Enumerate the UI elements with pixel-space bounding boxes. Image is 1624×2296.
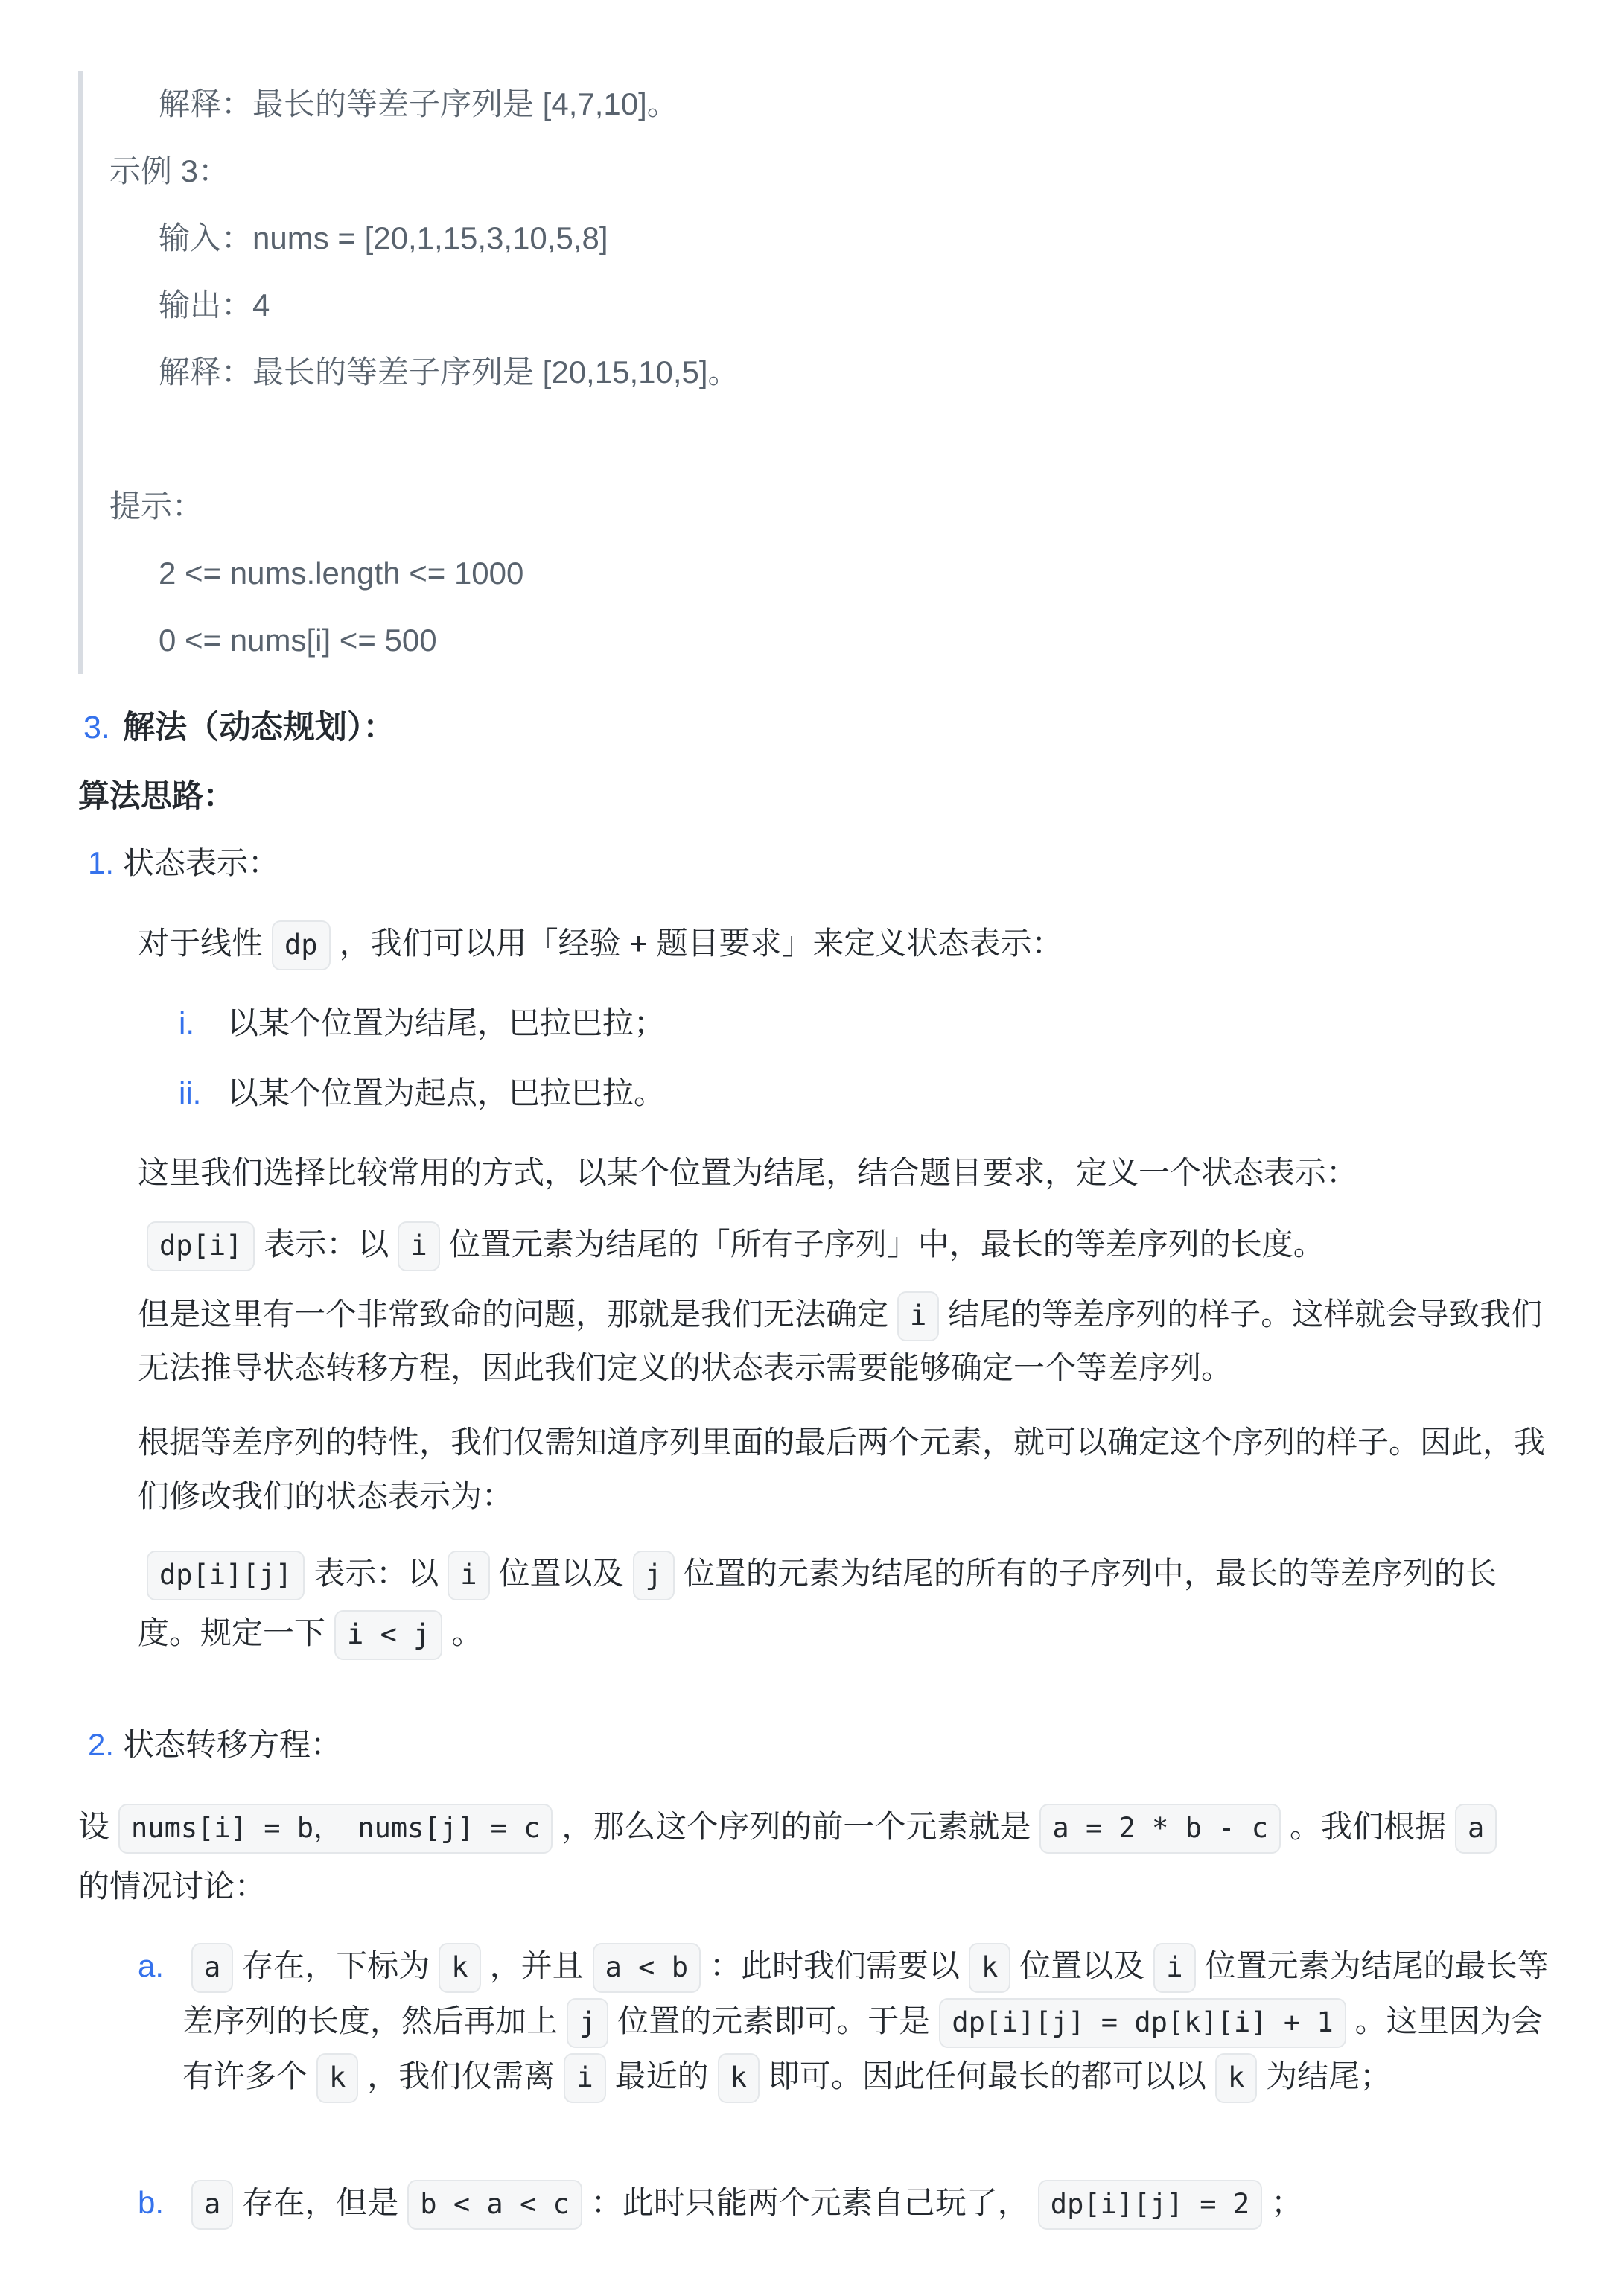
roman-item-i-text: 以某个位置为结尾，巴拉巴拉； [227, 996, 665, 1051]
text-segment: 存在，下标为 [242, 1948, 430, 1983]
document-page: 解释：最长的等差子序列是 [4,7,10]。 示例 3： 输入：nums = [… [0, 0, 1624, 2296]
inline-code: a [191, 2180, 233, 2230]
ordered-list-marker-3: 3. [83, 707, 123, 748]
roman-marker-i: i. [179, 996, 227, 1051]
text-segment: 对于线性 [138, 926, 263, 961]
step2-title: 2. 状态转移方程： [88, 1724, 1550, 1766]
step1-title-text: 状态表示： [123, 842, 279, 884]
text-segment: 。 [451, 1615, 483, 1650]
text-segment: 的情况讨论： [78, 1869, 266, 1904]
roman-item-ii-text: 以某个位置为起点，巴拉巴拉。 [227, 1066, 665, 1121]
text-segment: 位置以及 [499, 1556, 624, 1591]
solution-heading-text: 解法（动态规划）： [123, 707, 395, 748]
text-segment: 设 [78, 1809, 109, 1844]
text-segment: ，并且 [490, 1948, 584, 1983]
inline-code: dp[i][j] [147, 1551, 305, 1600]
step1-title: 1. 状态表示： [88, 842, 1550, 884]
inline-code: k [439, 1943, 480, 1993]
text-segment: 即可。因此任何最长的都可以以 [768, 2058, 1206, 2093]
inline-code: a [1455, 1804, 1497, 1854]
roman-item-i: i. 以某个位置为结尾，巴拉巴拉； [179, 996, 1550, 1051]
text-segment: 但是这里有一个非常致命的问题，那就是我们无法确定 [138, 1297, 888, 1332]
text-segment: 最近的 [615, 2058, 709, 2093]
ordered-list-marker-2: 2. [88, 1724, 123, 1766]
example-blockquote: 解释：最长的等差子序列是 [4,7,10]。 示例 3： 输入：nums = [… [78, 71, 1550, 674]
text-segment: ：此时我们需要以 [710, 1948, 960, 1983]
quote-line-explain-1: 解释：最长的等差子序列是 [4,7,10]。 [109, 71, 1550, 138]
inline-code: i [1153, 1943, 1195, 1993]
inline-code: nums[i] = b， nums[j] = c [118, 1804, 553, 1854]
text-segment: 表示：以 [264, 1227, 389, 1262]
inline-code: dp [272, 920, 331, 970]
paragraph-problem: 但是这里有一个非常致命的问题，那就是我们无法确定i结尾的等差序列的样子。这样就会… [138, 1288, 1550, 1395]
alpha-item-b-body: a存在，但是b < a < c：此时只能两个元素自己玩了，dp[i][j] = … [182, 2175, 1302, 2230]
text-segment: 位置以及 [1019, 1948, 1144, 1983]
inline-code: a < b [593, 1943, 701, 1993]
inline-code: k [1215, 2053, 1257, 2103]
roman-marker-ii: ii. [179, 1066, 227, 1121]
alpha-marker-b: b. [138, 2175, 182, 2230]
quote-line-hint-label: 提示： [109, 473, 1550, 540]
inline-code: k [969, 1943, 1010, 1993]
text-segment: ，那么这个序列的前一个元素就是 [561, 1809, 1031, 1844]
alpha-marker-a: a. [138, 1939, 182, 2104]
alpha-item-a-body: a存在，下标为k，并且a < b：此时我们需要以k位置以及i位置元素为结尾的最长… [182, 1939, 1550, 2104]
alpha-item-a: a. a存在，下标为k，并且a < b：此时我们需要以k位置以及i位置元素为结尾… [138, 1939, 1550, 2104]
inline-code: k [718, 2053, 760, 2103]
quote-line-explain-2: 解释：最长的等差子序列是 [20,15,10,5]。 [109, 339, 1550, 406]
text-segment: 位置的元素即可。于是 [617, 2003, 930, 2038]
inline-code: dp[i] [147, 1221, 255, 1271]
text-segment: ，我们仅需离 [367, 2058, 555, 2093]
quote-line-input: 输入：nums = [20,1,15,3,10,5,8] [109, 205, 1550, 272]
solution-heading: 3. 解法（动态规划）： [83, 707, 1550, 748]
ordered-list-marker-1: 1. [88, 842, 123, 884]
paragraph-dpi: dp[i]表示：以i位置元素为结尾的「所有子序列」中，最长的等差序列的长度。 [138, 1213, 1550, 1276]
approach-label: 算法思路： [78, 775, 1550, 817]
roman-item-ii: ii. 以某个位置为起点，巴拉巴拉。 [179, 1066, 1550, 1121]
inline-code: a [191, 1943, 233, 1993]
quote-line-constraint-1: 2 <= nums.length <= 1000 [109, 540, 1550, 607]
paragraph-linear-dp: 对于线性dp，我们可以用「经验 + 题目要求」来定义状态表示： [138, 912, 1550, 975]
inline-code: dp[i][j] = dp[k][i] + 1 [939, 1998, 1346, 2048]
paragraph-setup: 设nums[i] = b， nums[j] = c，那么这个序列的前一个元素就是… [78, 1797, 1508, 1916]
text-segment: 为结尾； [1266, 2058, 1391, 2093]
inline-code: b < a < c [407, 2180, 582, 2230]
inline-code: a = 2 * b - c [1039, 1804, 1281, 1854]
quote-blank-line [109, 406, 1550, 473]
inline-code: j [633, 1551, 675, 1600]
text-segment: 。我们根据 [1290, 1809, 1446, 1844]
text-segment: 位置元素为结尾的「所有子序列」中，最长的等差序列的长度。 [449, 1227, 1325, 1262]
inline-code: i [398, 1221, 439, 1271]
quote-line-constraint-2: 0 <= nums[i] <= 500 [109, 607, 1550, 674]
text-segment: ：此时只能两个元素自己玩了， [591, 2185, 1029, 2220]
inline-code: i [897, 1291, 939, 1341]
step2-title-text: 状态转移方程： [123, 1724, 342, 1766]
inline-code: dp[i][j] = 2 [1038, 2180, 1262, 2230]
paragraph-property: 根据等差序列的特性，我们仅需知道序列里面的最后两个元素，就可以确定这个序列的样子… [138, 1416, 1550, 1523]
text-segment: 表示：以 [313, 1556, 439, 1591]
paragraph-dpij: dp[i][j]表示：以i位置以及j位置的元素为结尾的所有的子序列中，最长的等差… [138, 1544, 1550, 1663]
text-segment: ，我们可以用「经验 + 题目要求」来定义状态表示： [340, 926, 1063, 961]
paragraph-choose: 这里我们选择比较常用的方式，以某个位置为结尾，结合题目要求，定义一个状态表示： [138, 1146, 1550, 1200]
quote-line-example-3: 示例 3： [109, 138, 1550, 205]
text-segment: ； [1271, 2185, 1302, 2220]
inline-code: i < j [334, 1610, 442, 1660]
text-segment: 存在，但是 [242, 2185, 398, 2220]
alpha-item-b: b. a存在，但是b < a < c：此时只能两个元素自己玩了，dp[i][j]… [138, 2175, 1550, 2230]
inline-code: i [564, 2053, 605, 2103]
quote-line-output: 输出：4 [109, 272, 1550, 339]
inline-code: i [448, 1551, 489, 1600]
inline-code: k [316, 2053, 358, 2103]
inline-code: j [567, 1998, 608, 2048]
